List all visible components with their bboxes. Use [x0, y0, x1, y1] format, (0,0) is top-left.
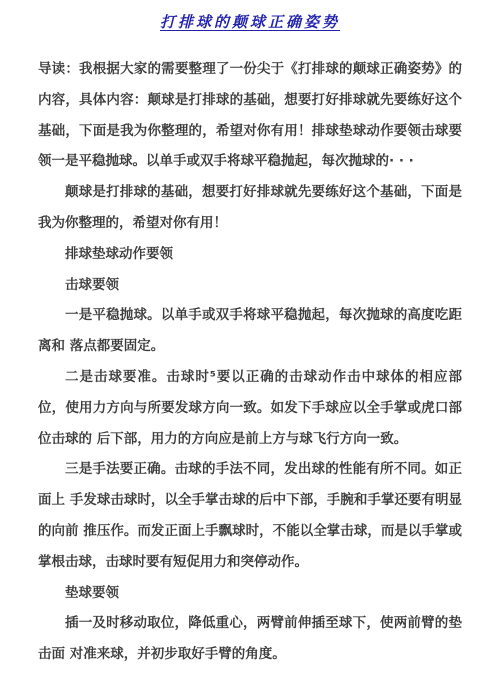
paragraph-point-2: 二是击球要准。击球时⁵要以正确的击球动作击中球体的相应部位，使用力方向与所要发球… [38, 362, 462, 454]
section-heading-dianqiu-yaoling: 垫球要领 [38, 578, 462, 609]
document-body: 导读：我根据大家的需要整理了一份尖于《打排球的颠球正确姿势》的内容，具体内容：颠… [38, 54, 462, 670]
paragraph-cha: 插一及时移动取位，降低重心，两臂前伸插至球下，使两前臂的垫击面 对准来球，并初步… [38, 608, 462, 670]
paragraph: 颠球是打排球的基础，想要打好排球就先要练好这个基础，下面是我为你整理的，希望对你… [38, 177, 462, 239]
paragraph-intro: 导读：我根据大家的需要整理了一份尖于《打排球的颠球正确姿势》的内容，具体内容：颠… [38, 54, 462, 177]
section-heading-jiqiu: 击球要领 [38, 270, 462, 301]
section-heading-dianqiu: 排球垫球动作要领 [38, 239, 462, 270]
paragraph-point-1: 一是平稳抛球。以单手或双手将球平稳抛起，每次抛球的高度吃距离和 落点都要固定。 [38, 300, 462, 362]
document-page: 打排球的颠球正确姿势 导读：我根据大家的需要整理了一份尖于《打排球的颠球正确姿势… [0, 0, 500, 697]
document-title: 打排球的颠球正确姿势 [0, 11, 500, 32]
paragraph-point-3: 三是手法要正确。击球的手法不同，发出球的性能有所不同。如正面上 手发球击球时，以… [38, 454, 462, 577]
